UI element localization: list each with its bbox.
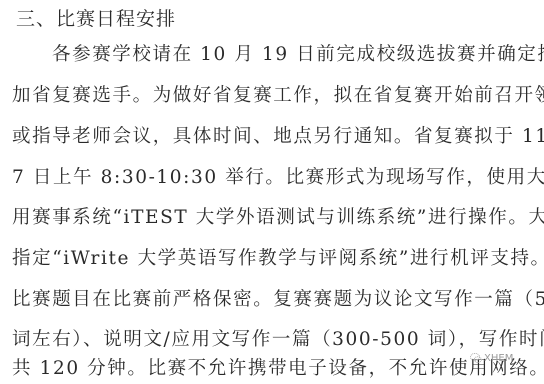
paragraph-line-7: 比赛题目在比赛前严格保密。复赛赛题为议论文写作一篇（500 [12,287,544,313]
paragraph-line-3: 或指导老师会议，具体时间、地点另行通知。省复赛拟于 11 月 [12,124,544,150]
paragraph-line-8: 词左右）、说明文/应用文写作一篇（300-500 词），写作时间 [12,327,544,353]
watermark-text: XHEM [484,353,513,364]
paragraph-line-1: 各参赛学校请在 10 月 19 日前完成校级选拔赛并确定推荐参 [52,42,544,68]
wechat-icon [470,352,482,364]
paragraph-line-4: 7 日上午 8:30-10:30 举行。比赛形式为现场写作，使用大赛专 [12,165,544,191]
paragraph-line-9: 共 120 分钟。比赛不允许携带电子设备，不允许使用网络。 [12,356,544,382]
paragraph-line-2: 加省复赛选手。为做好省复赛工作，拟在省复赛开始前召开领队 [12,83,544,109]
watermark: XHEM [470,352,513,364]
paragraph-line-5: 用赛事系统“iTEST 大学外语测试与训练系统”进行操作。大赛 [12,205,544,231]
paragraph-line-6: 指定“iWrite 大学英语写作教学与评阅系统”进行机评支持。 [12,246,544,272]
document-page: 三、比赛日程安排 各参赛学校请在 10 月 19 日前完成校级选拔赛并确定推荐参… [0,0,544,384]
section-heading: 三、比赛日程安排 [16,6,176,32]
